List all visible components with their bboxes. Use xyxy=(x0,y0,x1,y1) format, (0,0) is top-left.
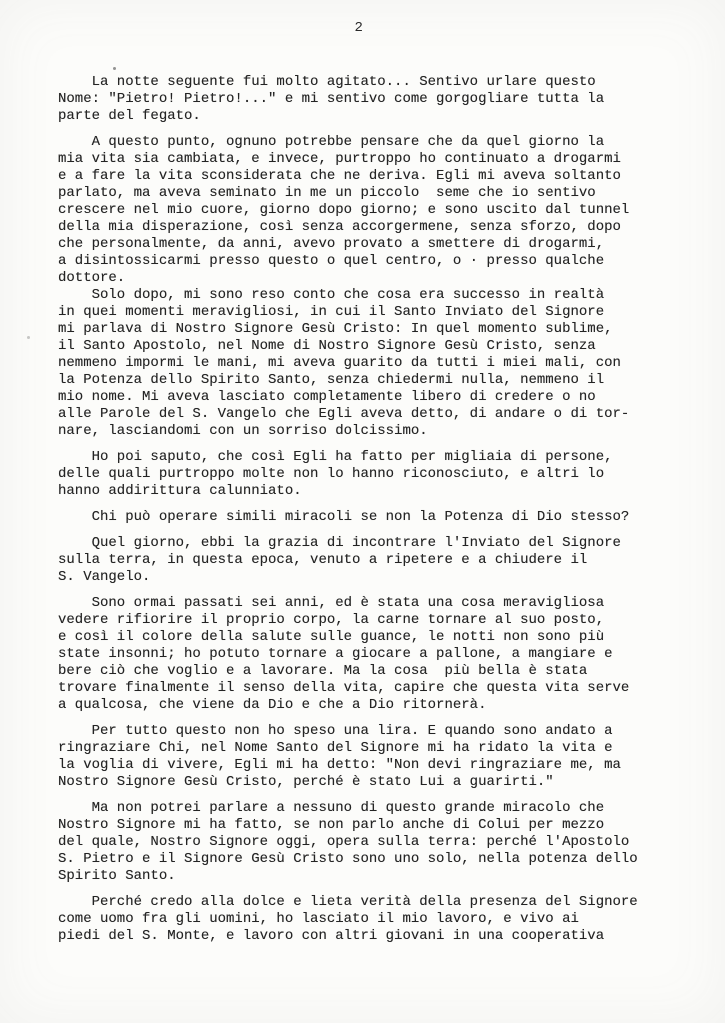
paragraph-night-agitation: La notte seguente fui molto agitato... S… xyxy=(58,74,668,125)
paragraph-quel-giorno: Quel giorno, ebbi la grazia di incontrar… xyxy=(58,535,668,586)
paragraph-grande-miracolo: Ma non potrei parlare a nessuno di quest… xyxy=(58,800,668,885)
paragraph-ho-poi-saputo: Ho poi saputo, che così Egli ha fatto pe… xyxy=(58,449,668,500)
paragraph-sei-anni: Sono ormai passati sei anni, ed è stata … xyxy=(58,595,668,714)
paragraph-perche-credo: Perché credo alla dolce e lieta verità d… xyxy=(58,894,668,945)
document-page: 2 La notte seguente fui molto agitato...… xyxy=(0,0,725,1023)
page-number: 2 xyxy=(0,20,718,37)
page-body: La notte seguente fui molto agitato... S… xyxy=(58,74,668,945)
paragraph-chi-puo-operare: Chi può operare simili miracoli se non l… xyxy=(58,509,668,526)
scan-speck xyxy=(27,336,30,339)
scan-speck xyxy=(113,67,116,70)
paragraph-non-ho-speso: Per tutto questo non ho speso una lira. … xyxy=(58,723,668,791)
paragraph-solo-dopo: Solo dopo, mi sono reso conto che cosa e… xyxy=(58,287,668,440)
paragraph-life-unchanged: A questo punto, ognuno potrebbe pensare … xyxy=(58,134,668,287)
